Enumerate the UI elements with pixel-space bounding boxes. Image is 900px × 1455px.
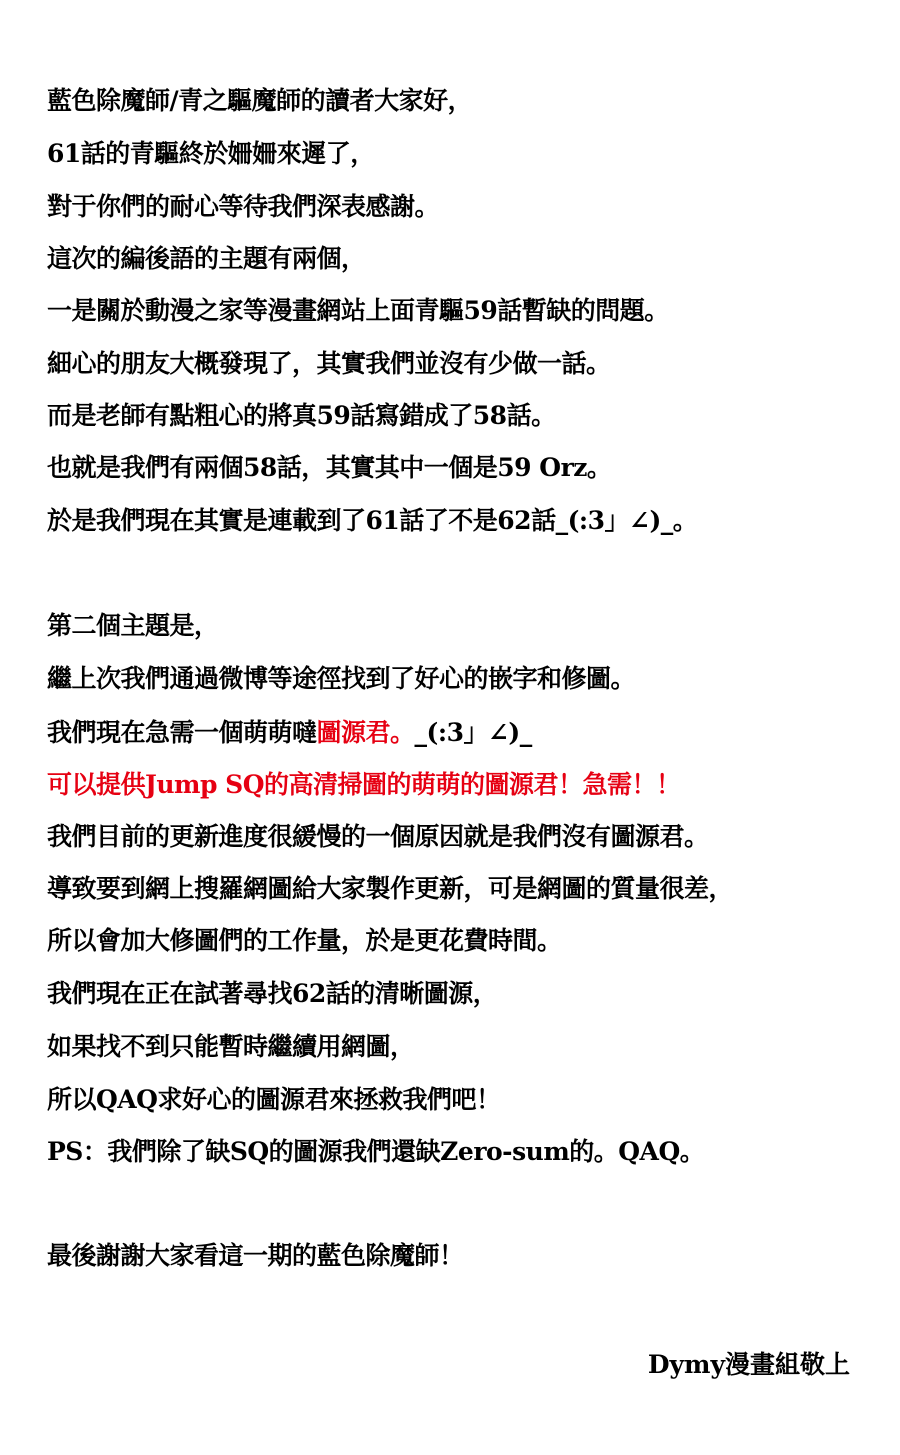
text-line: 61話的青驅終於姍姍來遲了， xyxy=(47,139,375,169)
closing-line: 最後謝謝大家看這一期的藍色除魔師！ xyxy=(47,1241,464,1271)
text-line: 於是我們現在其實是連載到了61話了不是62話_(:3」∠)_。 xyxy=(47,506,697,536)
text-line: PS：我們除了缺SQ的圖源我們還缺Zero-sum的。QAQ。 xyxy=(47,1137,704,1167)
highlight-line: 可以提供Jump SQ的高清掃圖的萌萌的圖源君！急需！！ xyxy=(47,770,680,800)
text-line: 藍色除魔師/青之驅魔師的讀者大家好， xyxy=(47,86,472,116)
text-line: 繼上次我們通過微博等途徑找到了好心的嵌字和修圖。 xyxy=(47,664,635,694)
text-line: 我們現在正在試著尋找62話的清晰圖源， xyxy=(47,979,497,1009)
text-line: 如果找不到只能暫時繼續用網圖， xyxy=(47,1032,415,1062)
text-line-mixed: 我們現在急需一個萌萌噠圖源君。_(:3」∠)_ xyxy=(47,718,532,748)
signature: Dymy漫畫組敬上 xyxy=(648,1350,850,1380)
highlight-text: 圖源君。 xyxy=(317,718,415,747)
text-line: 對于你們的耐心等待我們深表感謝。 xyxy=(47,192,439,222)
afterword-page: 藍色除魔師/青之驅魔師的讀者大家好， 61話的青驅終於姍姍來遲了， 對于你們的耐… xyxy=(0,0,900,1455)
text-line: 第二個主題是， xyxy=(47,611,219,641)
text-line: 而是老師有點粗心的將真59話寫錯成了58話。 xyxy=(47,401,556,431)
text-segment: 我們現在急需一個萌萌噠 xyxy=(47,718,317,747)
text-line: 一是關於動漫之家等漫畫網站上面青驅59話暫缺的問題。 xyxy=(47,296,669,326)
text-line: 所以QAQ求好心的圖源君來拯救我們吧！ xyxy=(47,1085,500,1115)
text-line: 導致要到網上搜羅網圖給大家製作更新，可是網圖的質量很差， xyxy=(47,874,733,904)
text-line: 所以會加大修圖們的工作量，於是更花費時間。 xyxy=(47,926,562,956)
text-line: 細心的朋友大概發現了，其實我們並沒有少做一話。 xyxy=(47,349,611,379)
text-line: 我們目前的更新進度很緩慢的一個原因就是我們沒有圖源君。 xyxy=(47,822,709,852)
text-line: 也就是我們有兩個58話，其實其中一個是59 Orz。 xyxy=(47,453,611,483)
emoticon-text: _(:3」∠)_ xyxy=(415,718,532,747)
text-line: 這次的編後語的主題有兩個， xyxy=(47,244,366,274)
